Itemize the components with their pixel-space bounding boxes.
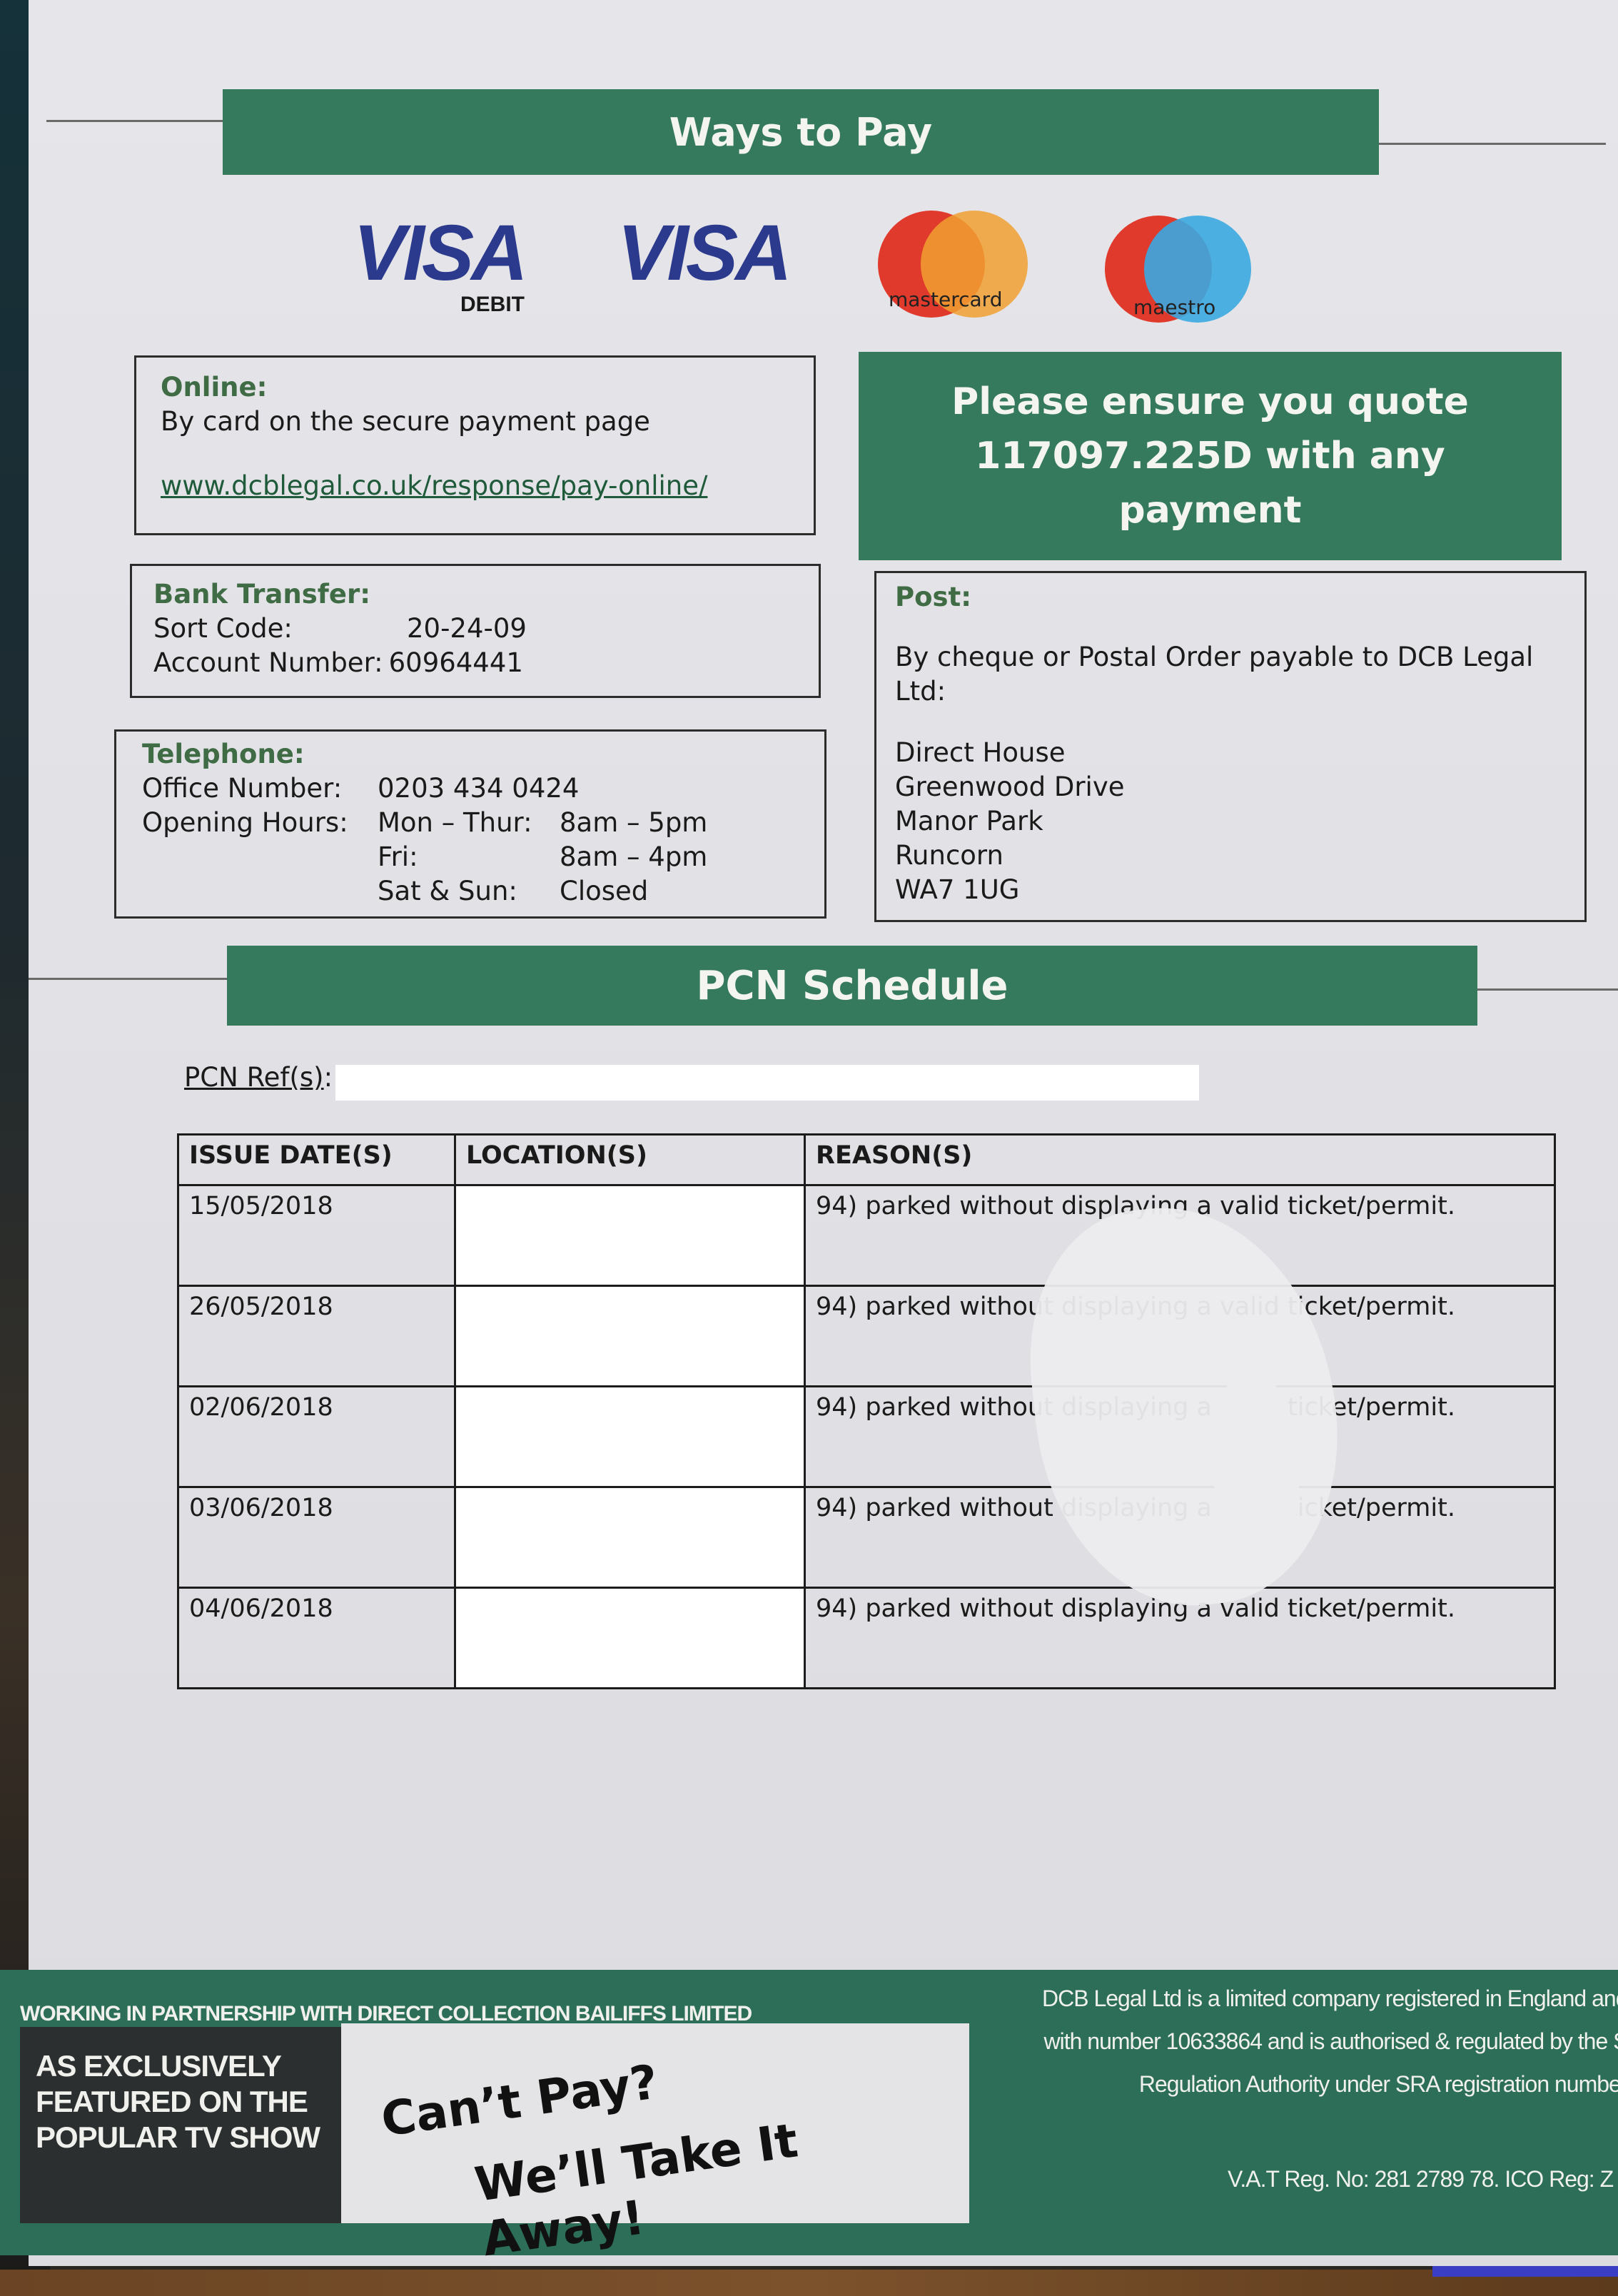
pcn-ref-label: PCN Ref(s):: [184, 1062, 333, 1093]
location-cell-redacted: [455, 1487, 805, 1588]
ways-to-pay-banner: Ways to Pay: [223, 89, 1379, 175]
pcn-schedule-title: PCN Schedule: [696, 963, 1008, 1009]
column-header-reason: REASON(S): [805, 1135, 1555, 1185]
divider-line: [29, 978, 228, 980]
partner-text: WORKING IN PARTNERSHIP WITH DIRECT COLLE…: [20, 2002, 752, 2026]
background-table: [0, 2270, 1618, 2296]
telephone-box: Telephone: Office Number: 0203 434 0424 …: [114, 729, 826, 919]
tv-show-logo: Can’t Pay? We’ll Take It Away!: [341, 2023, 969, 2223]
sort-code: 20-24-09: [407, 612, 527, 646]
online-heading: Online:: [161, 370, 814, 405]
issue-date-cell: 26/05/2018: [178, 1286, 455, 1387]
mastercard-logo: mastercard: [878, 211, 1028, 310]
ways-to-pay-title: Ways to Pay: [669, 110, 932, 155]
pcn-schedule-banner: PCN Schedule: [227, 946, 1477, 1026]
office-phone-number: 0203 434 0424: [378, 772, 579, 806]
location-cell-redacted: [455, 1286, 805, 1387]
company-legal-text: DCB Legal Ltd is a limited company regis…: [1042, 1977, 1618, 2105]
pay-online-link[interactable]: www.dcblegal.co.uk/response/pay-online/: [161, 470, 707, 501]
table-row: 26/05/201894) parked without displaying …: [178, 1286, 1555, 1387]
online-payment-box: Online: By card on the secure payment pa…: [134, 355, 816, 535]
table-row: 15/05/201894) parked without displaying …: [178, 1185, 1555, 1286]
divider-line: [1377, 143, 1606, 145]
online-text: By card on the secure payment page: [161, 405, 814, 439]
vat-registration: V.A.T Reg. No: 281 2789 78. ICO Reg: Z: [1228, 2166, 1613, 2193]
post-box: Post: By cheque or Postal Order payable …: [874, 571, 1587, 922]
visa-debit-logo: VISA DEBIT: [353, 214, 525, 317]
column-header-location: LOCATION(S): [455, 1135, 805, 1185]
location-cell-redacted: [455, 1185, 805, 1286]
table-row: 03/06/201894) parked without displaying …: [178, 1487, 1555, 1588]
telephone-heading: Telephone:: [142, 737, 824, 772]
location-cell-redacted: [455, 1588, 805, 1689]
table-row: 02/06/201894) parked without displaying …: [178, 1387, 1555, 1487]
visa-logo: VISA: [617, 214, 789, 293]
footer-banner: WORKING IN PARTNERSHIP WITH DIRECT COLLE…: [0, 1970, 1618, 2255]
issue-date-cell: 04/06/2018: [178, 1588, 455, 1689]
bank-transfer-heading: Bank Transfer:: [153, 577, 819, 612]
post-instructions: By cheque or Postal Order payable to DCB…: [895, 640, 1563, 709]
post-heading: Post:: [895, 580, 1563, 615]
location-cell-redacted: [455, 1387, 805, 1487]
pcn-ref-redacted: [335, 1065, 1199, 1101]
account-number: 60964441: [389, 646, 523, 680]
divider-line: [46, 120, 225, 122]
column-header-issue-date: ISSUE DATE(S): [178, 1135, 455, 1185]
pcn-schedule-table: ISSUE DATE(S) LOCATION(S) REASON(S) 15/0…: [177, 1133, 1556, 1689]
issue-date-cell: 03/06/2018: [178, 1487, 455, 1588]
issue-date-cell: 15/05/2018: [178, 1185, 455, 1286]
maestro-logo: maestro: [1105, 216, 1255, 323]
issue-date-cell: 02/06/2018: [178, 1387, 455, 1487]
table-row: 04/06/201894) parked without displaying …: [178, 1588, 1555, 1689]
payment-reference: 117097.225D with any: [975, 429, 1445, 483]
tv-show-box: AS EXCLUSIVELY FEATURED ON THE POPULAR T…: [20, 2027, 341, 2223]
table-header-row: ISSUE DATE(S) LOCATION(S) REASON(S): [178, 1135, 1555, 1185]
divider-line: [1477, 988, 1618, 991]
postal-address: Direct House Greenwood Drive Manor Park …: [895, 736, 1563, 907]
bank-transfer-box: Bank Transfer: Sort Code: 20-24-09 Accou…: [130, 564, 821, 698]
quote-reference-notice: Please ensure you quote 117097.225D with…: [859, 352, 1562, 560]
